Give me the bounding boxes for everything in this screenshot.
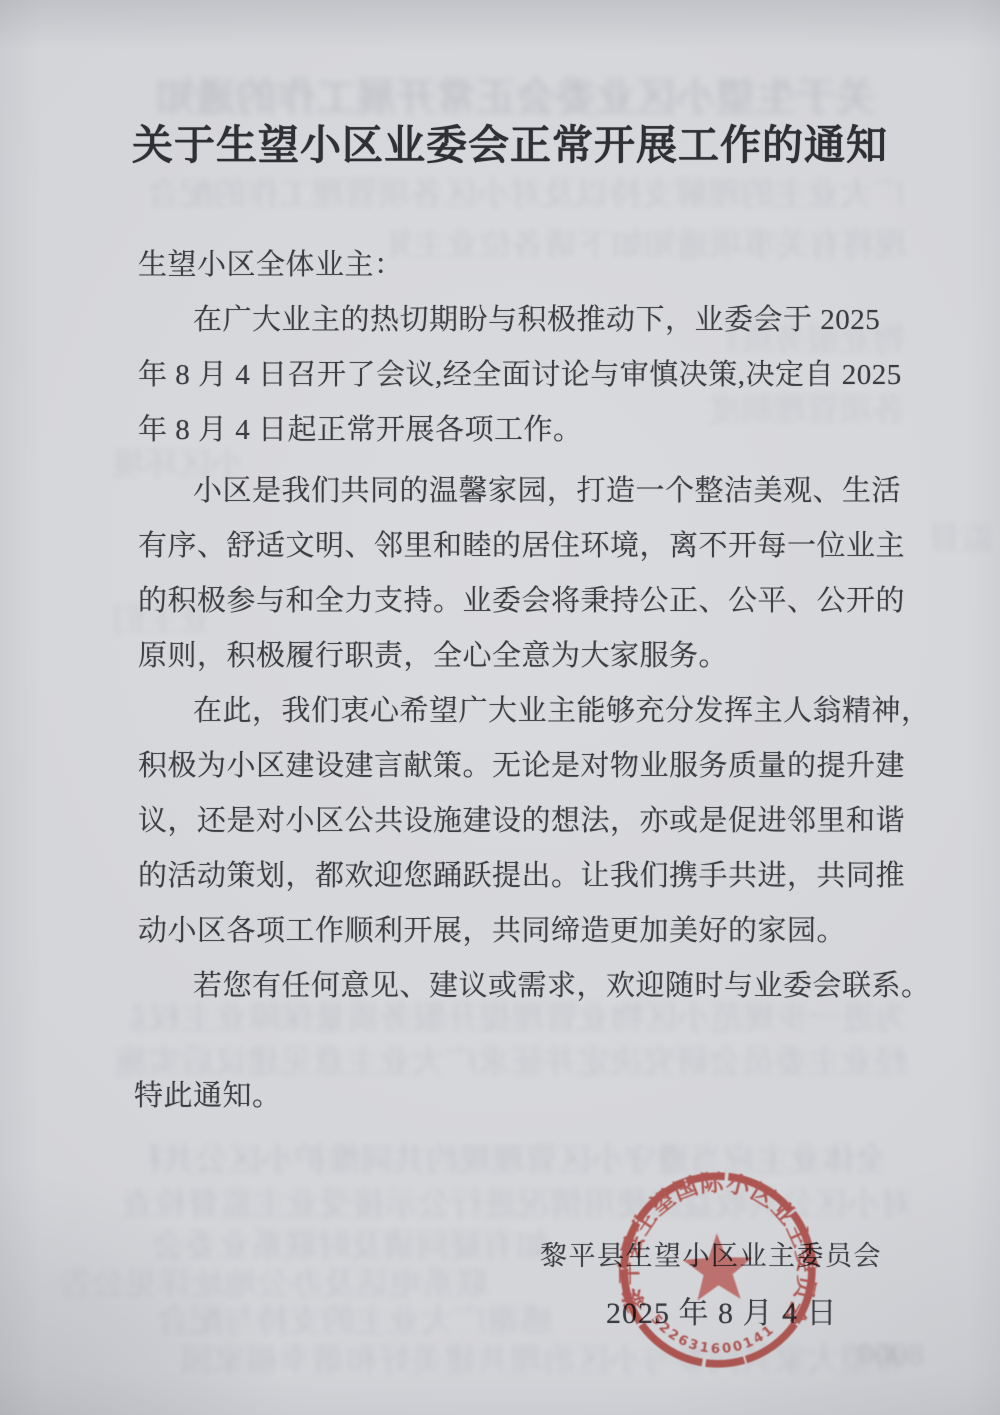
star-icon [679,1231,754,1305]
body-text-line: 的积极参与和全力支持。业委会将秉持公正、公平、公开的 [138,574,938,629]
body-text-line: 原则，积极履行职责，全心全意为大家服务。 [138,629,938,684]
official-seal: 黎平县生望国际小区业主委员会 522631600141 [616,1168,820,1372]
document-title: 关于生望小区业委会正常开展工作的通知 [0,112,1000,171]
body-text-line: 有序、舒适文明、邻里和睦的居住环境，离不开每一位业主 [138,519,938,574]
closing-phrase: 特此通知。 [134,1069,938,1124]
seal-ink-group: 黎平县生望国际小区业主委员会 522631600141 [616,1168,820,1372]
paragraph-1: 在广大业主的热切期盼与积极推动下，业委会于 2025年 8 月 4 日召开了会议… [138,293,938,458]
paragraph-2: 小区是我们共同的温馨家园，打造一个整洁美观、生活有序、舒适文明、邻里和睦的居住环… [138,464,938,684]
body-text-line: 议，还是对小区公共设施建设的想法，亦或是促进邻里和谐 [138,794,938,849]
body-text-line: 在此，我们衷心希望广大业主能够充分发挥主人翁精神， [138,684,938,739]
paragraph-4: 若您有任何意见、建议或需求，欢迎随时与业委会联系。 [138,959,938,1014]
body-text-line: 小区是我们共同的温馨家园，打造一个整洁美观、生活 [138,464,938,519]
document-photo: 关于生望小区业委会正常开展工作的通知广大业主的理解支持以及对小区各项管理工作的配… [0,0,1000,1415]
body-text-line: 年 8 月 4 日起正常开展各项工作。 [138,403,938,458]
body-text-line: 年 8 月 4 日召开了会议,经全面讨论与审慎决策,决定自 2025 [138,348,938,403]
body-text-line: 若您有任何意见、建议或需求，欢迎随时与业委会联系。 [138,959,938,1014]
body-text-line: 动小区各项工作顺利开展，共同缔造更加美好的家园。 [138,904,938,959]
body-text-line: 在广大业主的热切期盼与积极推动下，业委会于 2025 [138,293,938,348]
notice-document: 关于生望小区业委会正常开展工作的通知 生望小区全体业主： 在广大业主的热切期盼与… [0,0,1000,1415]
body-text-line: 积极为小区建设建言献策。无论是对物业服务质量的提升建 [138,739,938,794]
paragraph-3: 在此，我们衷心希望广大业主能够充分发挥主人翁精神，积极为小区建设建言献策。无论是… [138,684,938,959]
salutation: 生望小区全体业主： [138,238,938,293]
document-body: 生望小区全体业主： 在广大业主的热切期盼与积极推动下，业委会于 2025年 8 … [138,238,938,1124]
body-text-line: 的活动策划，都欢迎您踊跃提出。让我们携手共进，共同推 [138,849,938,904]
